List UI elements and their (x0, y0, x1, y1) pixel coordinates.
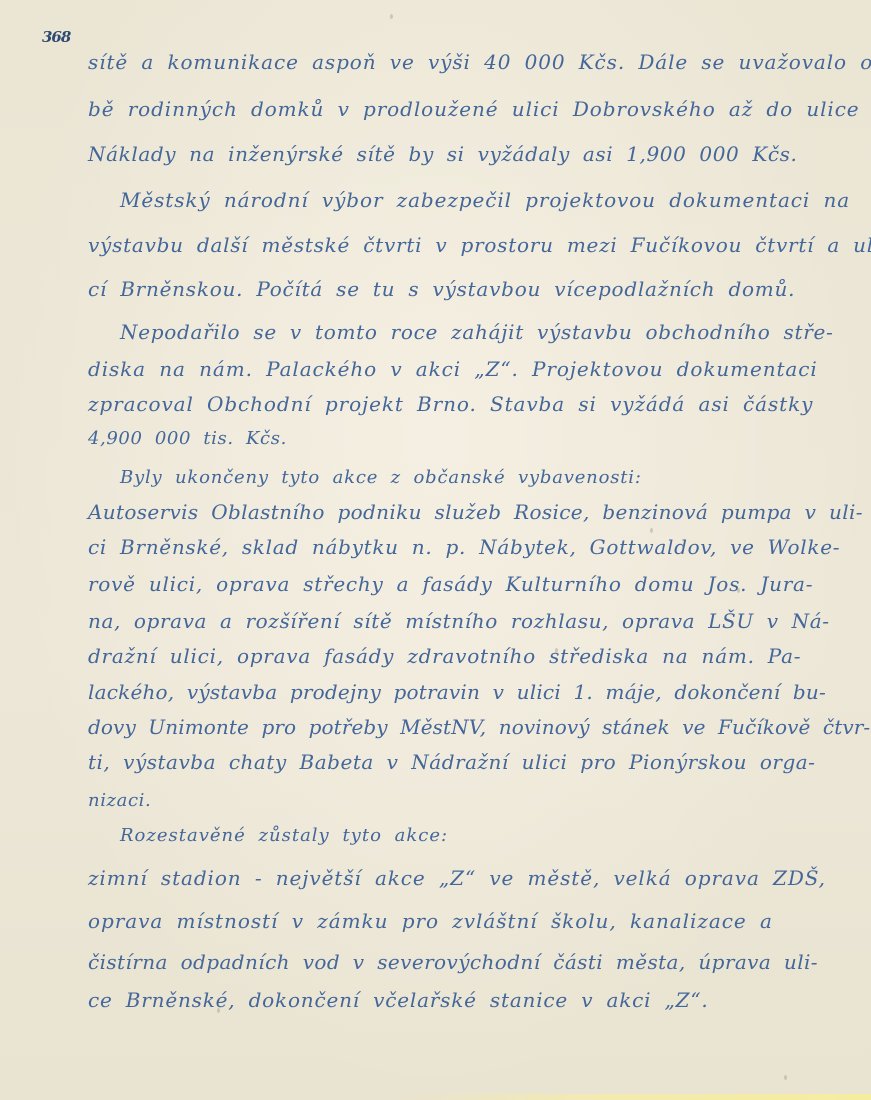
text-line: dražní ulici, oprava fasády zdravotního … (88, 644, 801, 668)
section-heading: Byly ukončeny tyto akce z občanské vybav… (120, 467, 642, 488)
text-line: zpracoval Obchodní projekt Brno. Stavba … (88, 392, 813, 416)
text-line: oprava místností v zámku pro zvláštní šk… (88, 909, 773, 933)
text-line: nizaci. (88, 790, 151, 811)
page-number: 368 (42, 28, 70, 46)
text-line: na, oprava a rozšíření sítě místního roz… (88, 609, 830, 633)
text-line: čistírna odpadních vod v severovýchodní … (88, 950, 818, 974)
text-line: 4,900 000 tis. Kčs. (88, 428, 287, 449)
text-line: lackého, výstavba prodejny potravin v ul… (88, 680, 826, 704)
paper-spot (217, 1008, 220, 1013)
section-heading: Rozestavěné zůstaly tyto akce: (120, 825, 448, 846)
text-line: sítě a komunikace aspoň ve výši 40 000 K… (88, 50, 871, 74)
text-line: ce Brněnské, dokončení včelařské stanice… (88, 988, 709, 1012)
text-line: rově ulici, oprava střechy a fasády Kult… (88, 572, 813, 596)
text-line: Autoservis Oblastního podniku služeb Ros… (88, 500, 863, 524)
text-line: diska na nám. Palackého v akci „Z“. Proj… (88, 357, 818, 381)
paper-spot (390, 14, 393, 19)
text-line: dovy Unimonte pro potřeby MěstNV, novino… (88, 715, 870, 739)
paper-spot (737, 588, 740, 593)
text-line: bě rodinných domků v prodloužené ulici D… (88, 97, 871, 121)
text-line: Nepodařilo se v tomto roce zahájit výsta… (120, 320, 833, 344)
paper-spot (784, 1075, 787, 1080)
text-line: výstavbu další městské čtvrti v prostoru… (88, 233, 871, 257)
text-line: Městský národní výbor zabezpečil projekt… (120, 188, 850, 212)
paper-spot (555, 648, 558, 653)
page-bottom-edge (0, 1094, 871, 1100)
paper-spot (650, 528, 653, 533)
text-line: ci Brněnské, sklad nábytku n. p. Nábytek… (88, 535, 840, 559)
text-line: Náklady na inženýrské sítě by si vyžádal… (88, 142, 798, 166)
text-line: ti, výstavba chaty Babeta v Nádražní uli… (88, 750, 815, 774)
text-line: cí Brněnskou. Počítá se tu s výstavbou v… (88, 277, 795, 301)
text-line: zimní stadion - největší akce „Z“ ve měs… (88, 866, 826, 890)
